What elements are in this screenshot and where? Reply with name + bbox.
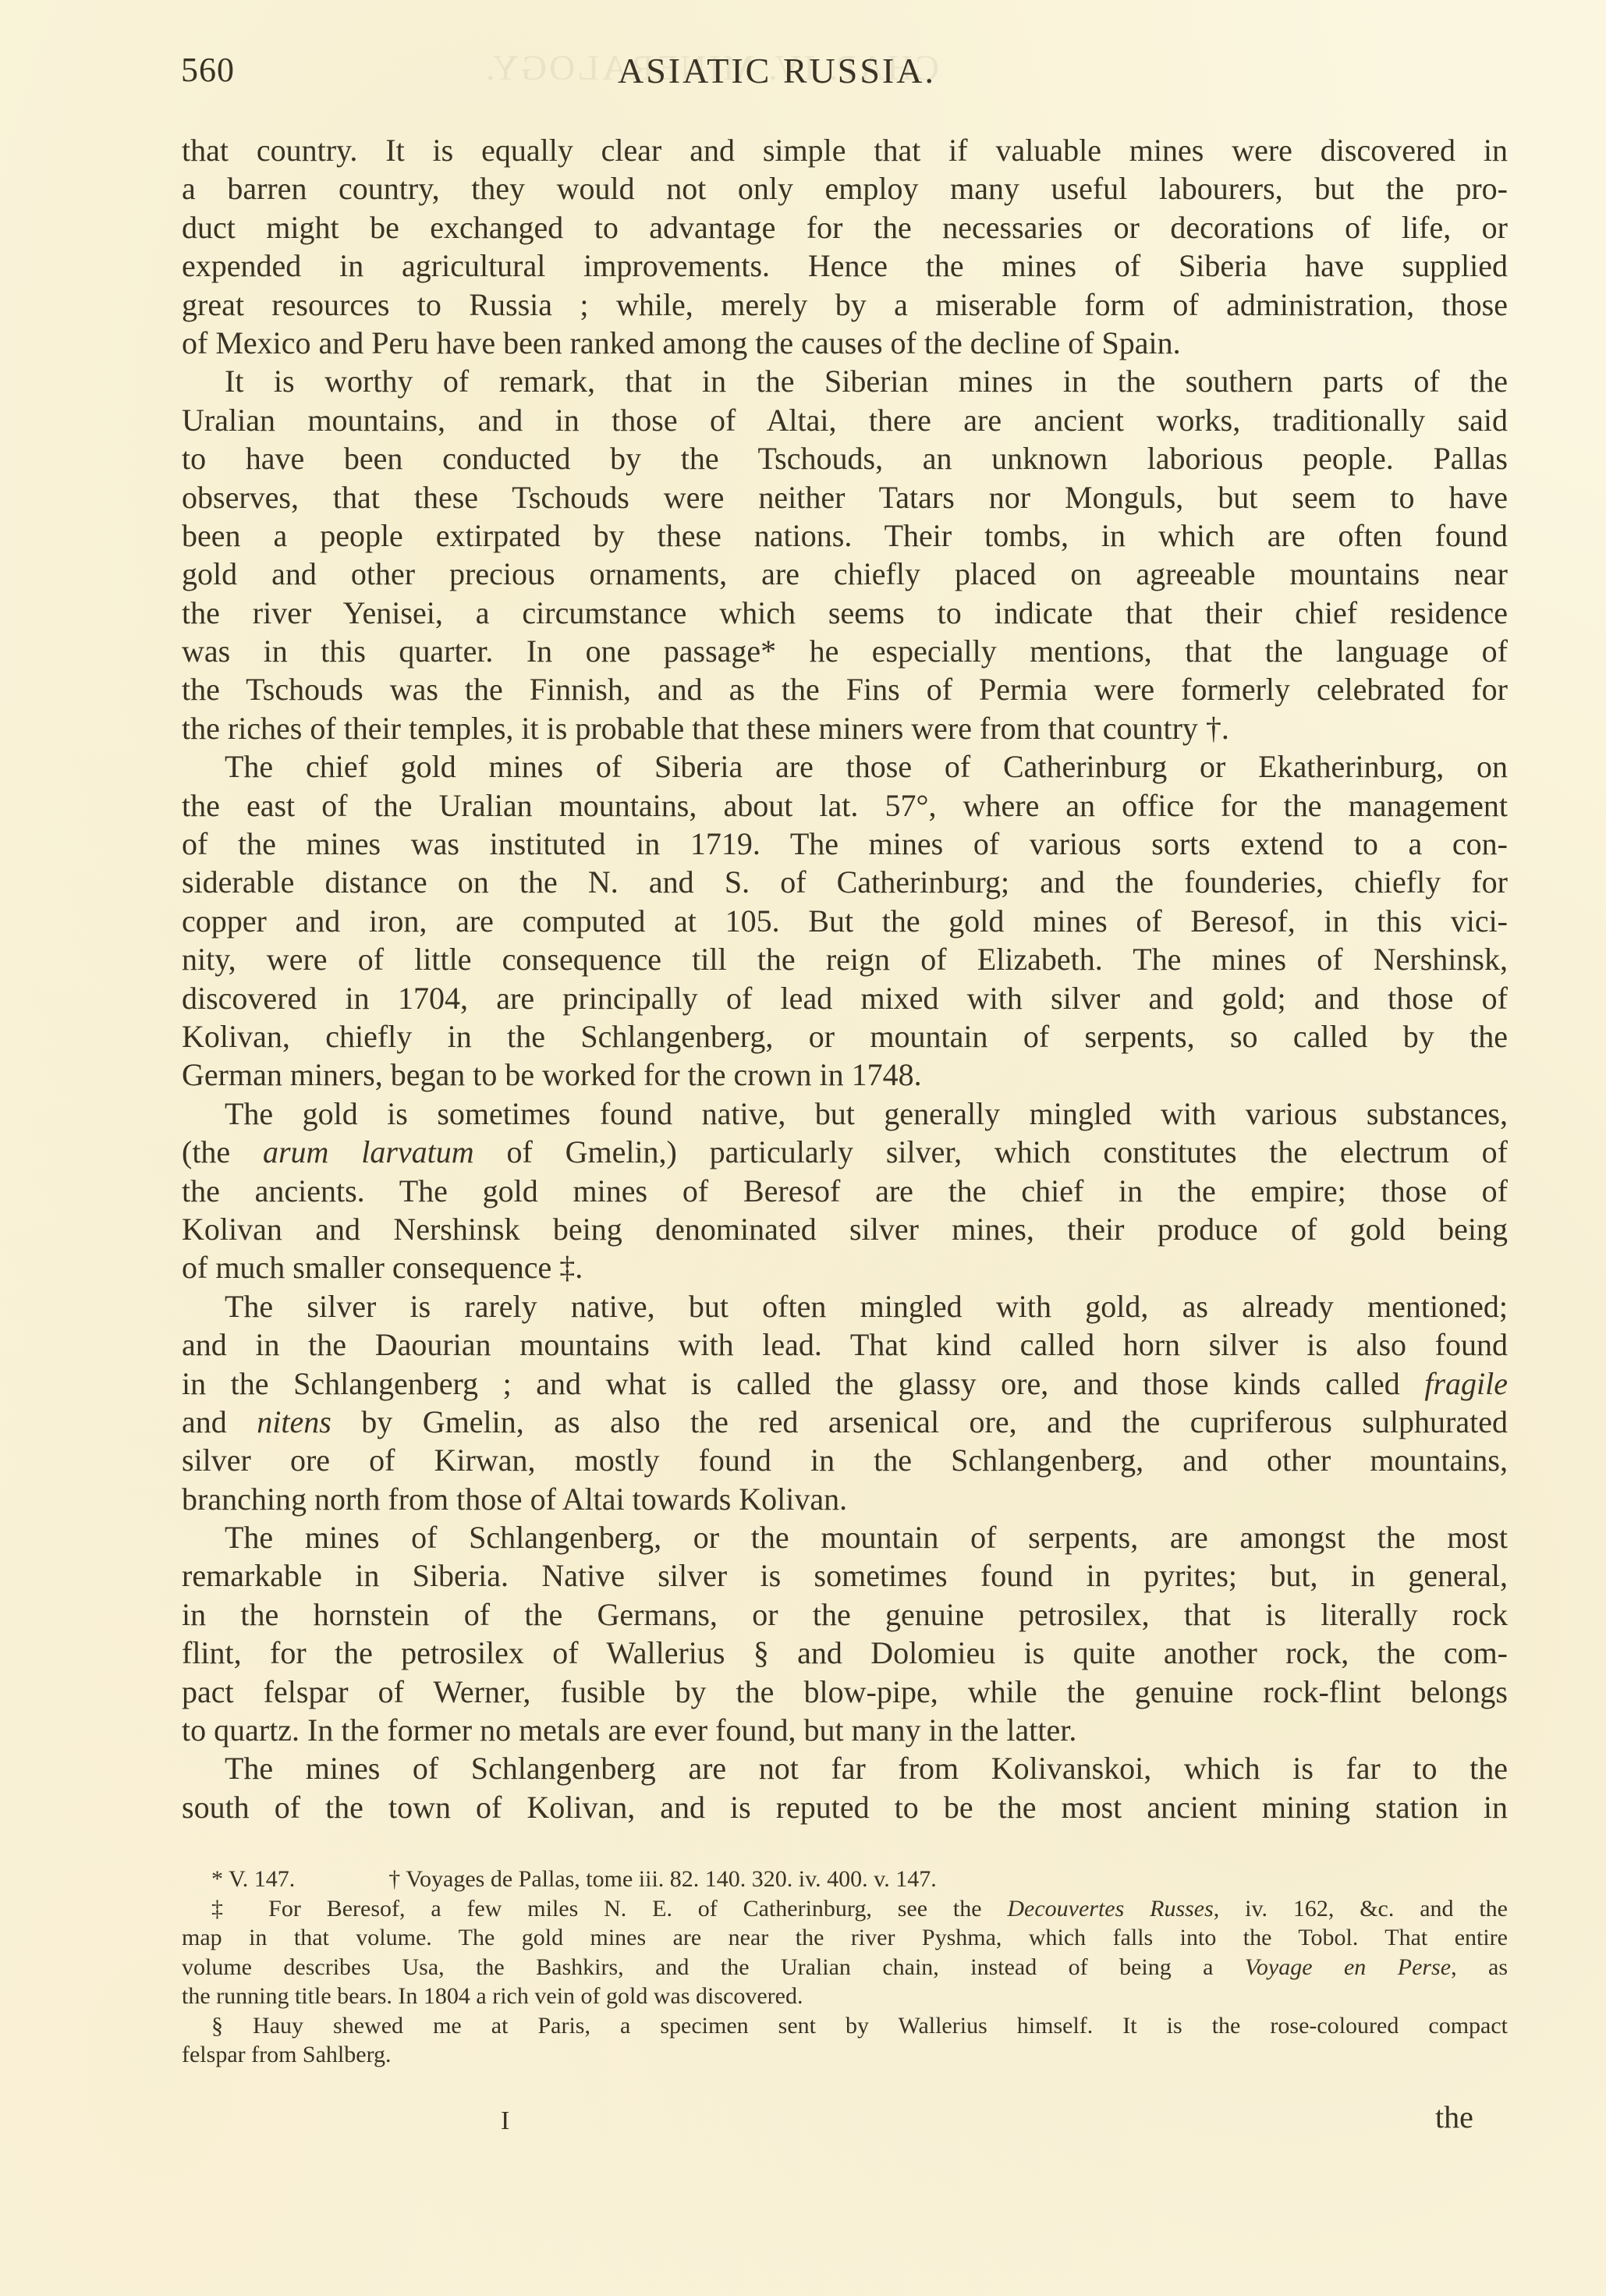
body-text: that country. It is equally clear and si…: [182, 131, 1508, 1826]
text-line: great resources to Russia ; while, merel…: [182, 286, 1508, 324]
footnote-line: volume describes Usa, the Bashkirs, and …: [182, 1953, 1508, 1982]
running-head: 560 ASIATIC RUSSIA.: [181, 50, 1507, 97]
page-number: 560: [181, 50, 235, 90]
text-line: in the Schlangenberg ; and what is calle…: [182, 1364, 1508, 1403]
text-line: pact felspar of Werner, fusible by the b…: [182, 1673, 1508, 1711]
footnote-star: * V. 147.: [211, 1866, 295, 1892]
italic-title: Voyage en Perse: [1245, 1954, 1451, 1980]
text-line: branching north from those of Altai towa…: [182, 1480, 1508, 1518]
text-line: Kolivan, chiefly in the Schlangenberg, o…: [182, 1017, 1508, 1056]
text-line: nity, were of little consequence till th…: [182, 940, 1508, 978]
text-line: a barren country, they would not only em…: [182, 169, 1508, 208]
text-line: the river Yenisei, a circumstance which …: [182, 594, 1508, 632]
text-line: south of the town of Kolivan, and is rep…: [182, 1788, 1508, 1826]
text-line: flint, for the petrosilex of Wallerius §…: [182, 1634, 1508, 1672]
text-line: (the arum larvatum of Gmelin,) particula…: [182, 1133, 1508, 1171]
book-page: CHAP. IV. MINERALOGY. 560 ASIATIC RUSSIA…: [0, 0, 1606, 2296]
text-line: gold and other precious ornaments, are c…: [182, 555, 1508, 593]
footnotes: * V. 147.† Voyages de Pallas, tome iii. …: [182, 1865, 1508, 2070]
text-line: The mines of Schlangenberg, or the mount…: [182, 1518, 1508, 1556]
text-line: been a people extirpated by these nation…: [182, 516, 1508, 555]
text-line: the Tschouds was the Finnish, and as the…: [182, 670, 1508, 708]
italic-term: nitens: [257, 1404, 331, 1439]
text-line: remarkable in Siberia. Native silver is …: [182, 1556, 1508, 1595]
text-line: observes, that these Tschouds were neith…: [182, 478, 1508, 516]
text-line: of much smaller consequence ‡.: [182, 1248, 1508, 1286]
running-title: ASIATIC RUSSIA.: [618, 50, 936, 91]
footnote-line: felspar from Sahlberg.: [182, 2040, 1508, 2070]
text-line: the ancients. The gold mines of Beresof …: [182, 1172, 1508, 1210]
text-line: duct might be exchanged to advantage for…: [182, 208, 1508, 247]
text-line: that country. It is equally clear and si…: [182, 131, 1508, 169]
text-line: to have been conducted by the Tschouds, …: [182, 439, 1508, 477]
text-line: German miners, began to be worked for th…: [182, 1056, 1508, 1094]
text-line: The chief gold mines of Siberia are thos…: [182, 747, 1508, 786]
footnote-line: § Hauy shewed me at Paris, a specimen se…: [182, 2011, 1508, 2041]
text-line: Kolivan and Nershinsk being denominated …: [182, 1210, 1508, 1248]
text-line: of Mexico and Peru have been ranked amon…: [182, 324, 1508, 362]
text-line: siderable distance on the N. and S. of C…: [182, 863, 1508, 901]
footnote-line: * V. 147.† Voyages de Pallas, tome iii. …: [182, 1865, 1508, 1894]
text-line: discovered in 1704, are principally of l…: [182, 979, 1508, 1017]
signature-mark: I: [501, 2106, 509, 2136]
text-line: and in the Daourian mountains with lead.…: [182, 1325, 1508, 1364]
italic-term: arum larvatum: [263, 1134, 474, 1169]
text-line: It is worthy of remark, that in the Sibe…: [182, 362, 1508, 400]
text-line: to quartz. In the former no metals are e…: [182, 1711, 1508, 1749]
text-line: and nitens by Gmelin, as also the red ar…: [182, 1403, 1508, 1441]
text-line: was in this quarter. In one passage* he …: [182, 632, 1508, 670]
text-line: The gold is sometimes found native, but …: [182, 1095, 1508, 1133]
text-line: the east of the Uralian mountains, about…: [182, 786, 1508, 825]
text-line: copper and iron, are computed at 105. Bu…: [182, 902, 1508, 940]
text-line: the riches of their temples, it is proba…: [182, 709, 1508, 747]
footnote-dagger: † Voyages de Pallas, tome iii. 82. 140. …: [388, 1866, 936, 1892]
footnote-line: the running title bears. In 1804 a rich …: [182, 1982, 1508, 2011]
italic-term: fragile: [1424, 1366, 1508, 1401]
text-line: The mines of Schlangenberg are not far f…: [182, 1749, 1508, 1787]
catchword: the: [1435, 2099, 1473, 2135]
italic-title: Decouvertes Russes: [1007, 1896, 1213, 1922]
text-line: The silver is rarely native, but often m…: [182, 1287, 1508, 1325]
text-line: in the hornstein of the Germans, or the …: [182, 1595, 1508, 1634]
footnote-line: map in that volume. The gold mines are n…: [182, 1923, 1508, 1953]
text-line: expended in agricultural improvements. H…: [182, 247, 1508, 285]
text-line: silver ore of Kirwan, mostly found in th…: [182, 1441, 1508, 1479]
text-line: Uralian mountains, and in those of Altai…: [182, 401, 1508, 439]
text-line: of the mines was instituted in 1719. The…: [182, 825, 1508, 863]
footnote-line: ‡ For Beresof, a few miles N. E. of Cath…: [182, 1894, 1508, 1924]
